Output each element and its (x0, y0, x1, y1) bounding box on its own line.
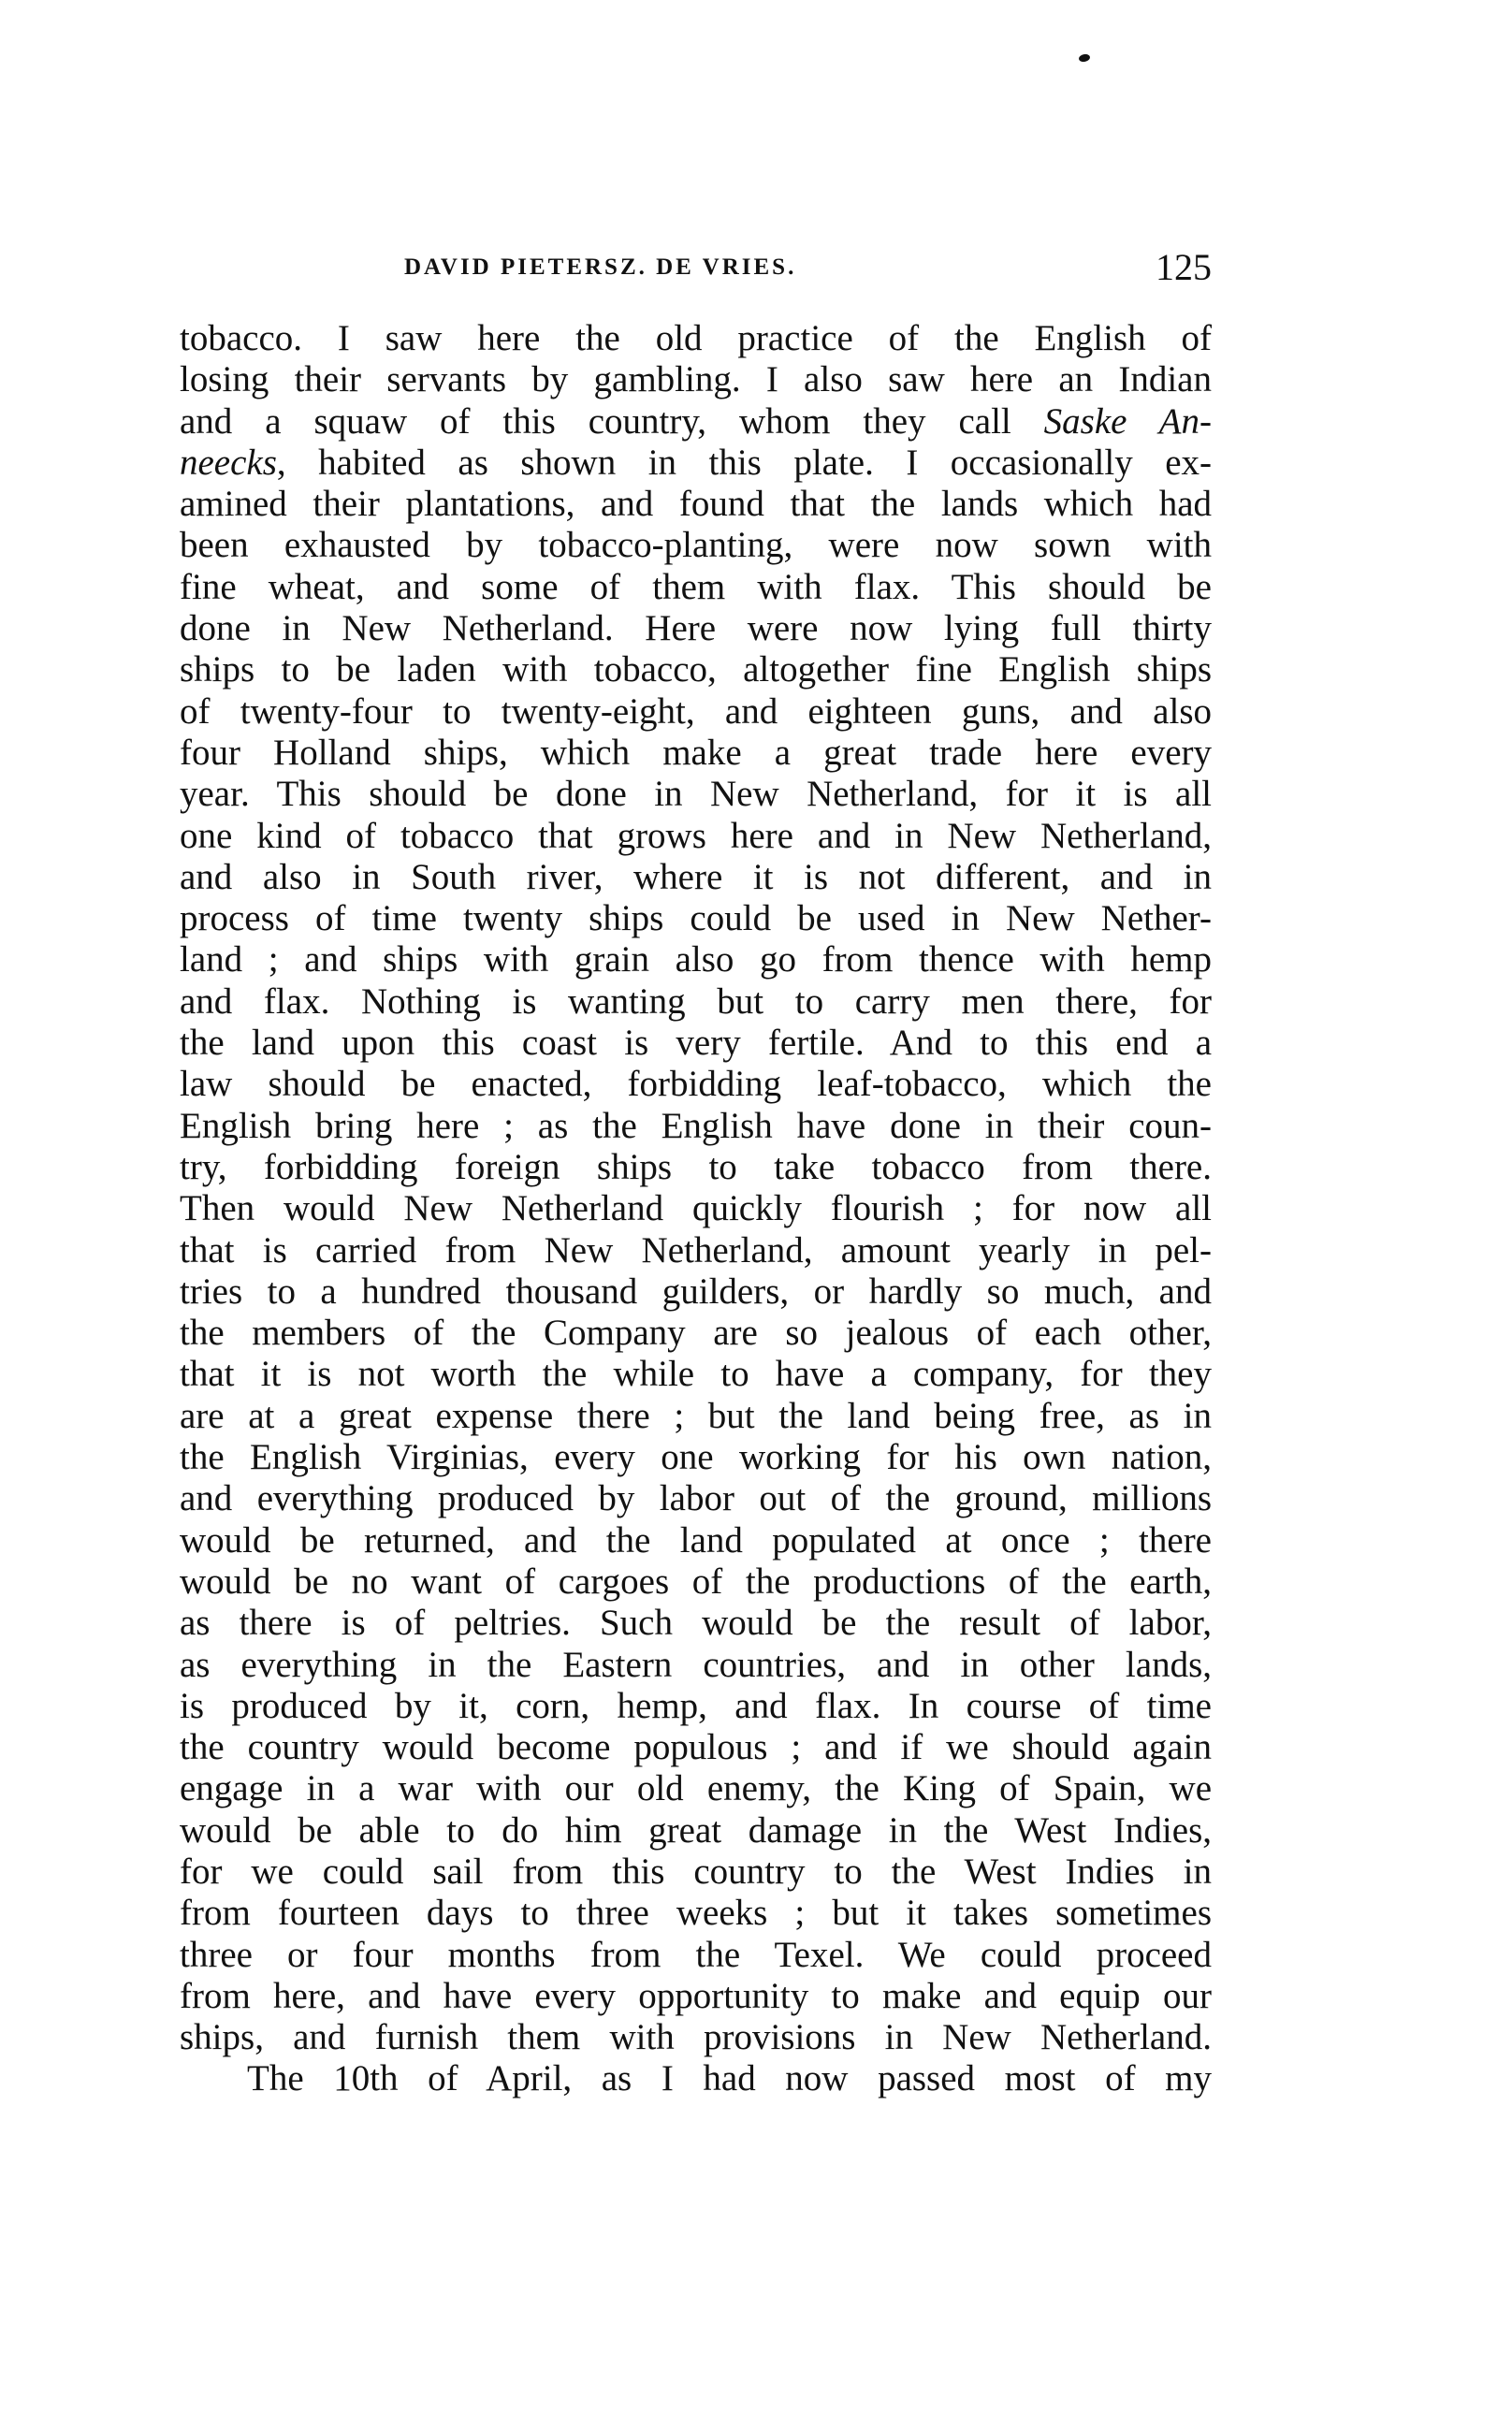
text-line: ships to be laden with tobacco, altogeth… (180, 649, 1212, 690)
text-line: amined their plantations, and found that… (180, 484, 1212, 525)
text-line: fine wheat, and some of them with flax. … (180, 567, 1212, 608)
text-line: from fourteen days to three weeks ; but … (180, 1893, 1212, 1934)
text-line: three or four months from the Texel. We … (180, 1935, 1212, 1976)
text-line: try, forbidding foreign ships to take to… (180, 1147, 1212, 1188)
text-line: would be returned, and the land populate… (180, 1520, 1212, 1561)
text-line: ships, and furnish them with provisions … (180, 2017, 1212, 2058)
running-head: DAVID PIETERSZ. DE VRIES. 125 (180, 245, 1212, 288)
text-line: and a squaw of this country, whom they c… (180, 401, 1212, 443)
text-line: the land upon this coast is very fertile… (180, 1023, 1212, 1064)
page-number: 125 (1156, 245, 1212, 289)
text-fragment: and a squaw of this country, whom they c… (180, 401, 1044, 442)
text-line: as there is of peltries. Such would be t… (180, 1603, 1212, 1644)
text-line: Then would New Netherland quickly flouri… (180, 1188, 1212, 1229)
italic-name: neecks (180, 443, 277, 483)
text-line: that is carried from New Netherland, amo… (180, 1230, 1212, 1271)
text-line: from here, and have every opportunity to… (180, 1976, 1212, 2017)
text-line: would be no want of cargoes of the produ… (180, 1561, 1212, 1603)
text-line: year. This should be done in New Netherl… (180, 774, 1212, 815)
text-line: been exhausted by tobacco-planting, were… (180, 525, 1212, 566)
text-line: four Holland ships, which make a great t… (180, 733, 1212, 774)
text-line: the English Virginias, every one working… (180, 1437, 1212, 1478)
text-line: English bring here ; as the English have… (180, 1106, 1212, 1147)
body-text: tobacco. I saw here the old practice of … (180, 318, 1212, 2100)
text-line: would be able to do him great damage in … (180, 1810, 1212, 1851)
text-line: that it is not worth the while to have a… (180, 1354, 1212, 1395)
paragraph-start-line: The 10th of April, as I had now passed m… (180, 2058, 1212, 2099)
text-line: the country would become populous ; and … (180, 1727, 1212, 1768)
text-line: of twenty-four to twenty-eight, and eigh… (180, 691, 1212, 733)
text-line: is produced by it, corn, hemp, and flax.… (180, 1686, 1212, 1727)
text-line: are at a great expense there ; but the l… (180, 1396, 1212, 1437)
text-line: as everything in the Eastern countries, … (180, 1645, 1212, 1686)
text-fragment: , habited as shown in this plate. I occa… (277, 443, 1212, 483)
text-line: law should be enacted, forbidding leaf-t… (180, 1064, 1212, 1105)
text-line: losing their servants by gambling. I als… (180, 359, 1212, 400)
text-line: and flax. Nothing is wanting but to carr… (180, 981, 1212, 1023)
text-line: process of time twenty ships could be us… (180, 898, 1212, 939)
print-speck (1078, 53, 1090, 63)
text-line: tobacco. I saw here the old practice of … (180, 318, 1212, 359)
italic-name: Saske An- (1044, 401, 1212, 442)
running-title: DAVID PIETERSZ. DE VRIES. (404, 254, 796, 281)
text-line: land ; and ships with grain also go from… (180, 939, 1212, 980)
text-line: tries to a hundred thousand guilders, or… (180, 1271, 1212, 1313)
text-line: engage in a war with our old enemy, the … (180, 1768, 1212, 1809)
text-line: and everything produced by labor out of … (180, 1478, 1212, 1519)
text-line: done in New Netherland. Here were now ly… (180, 608, 1212, 649)
text-line: the members of the Company are so jealou… (180, 1313, 1212, 1354)
text-line: and also in South river, where it is not… (180, 857, 1212, 898)
text-line: for we could sail from this country to t… (180, 1851, 1212, 1893)
text-line: one kind of tobacco that grows here and … (180, 816, 1212, 857)
text-line: neecks, habited as shown in this plate. … (180, 443, 1212, 484)
